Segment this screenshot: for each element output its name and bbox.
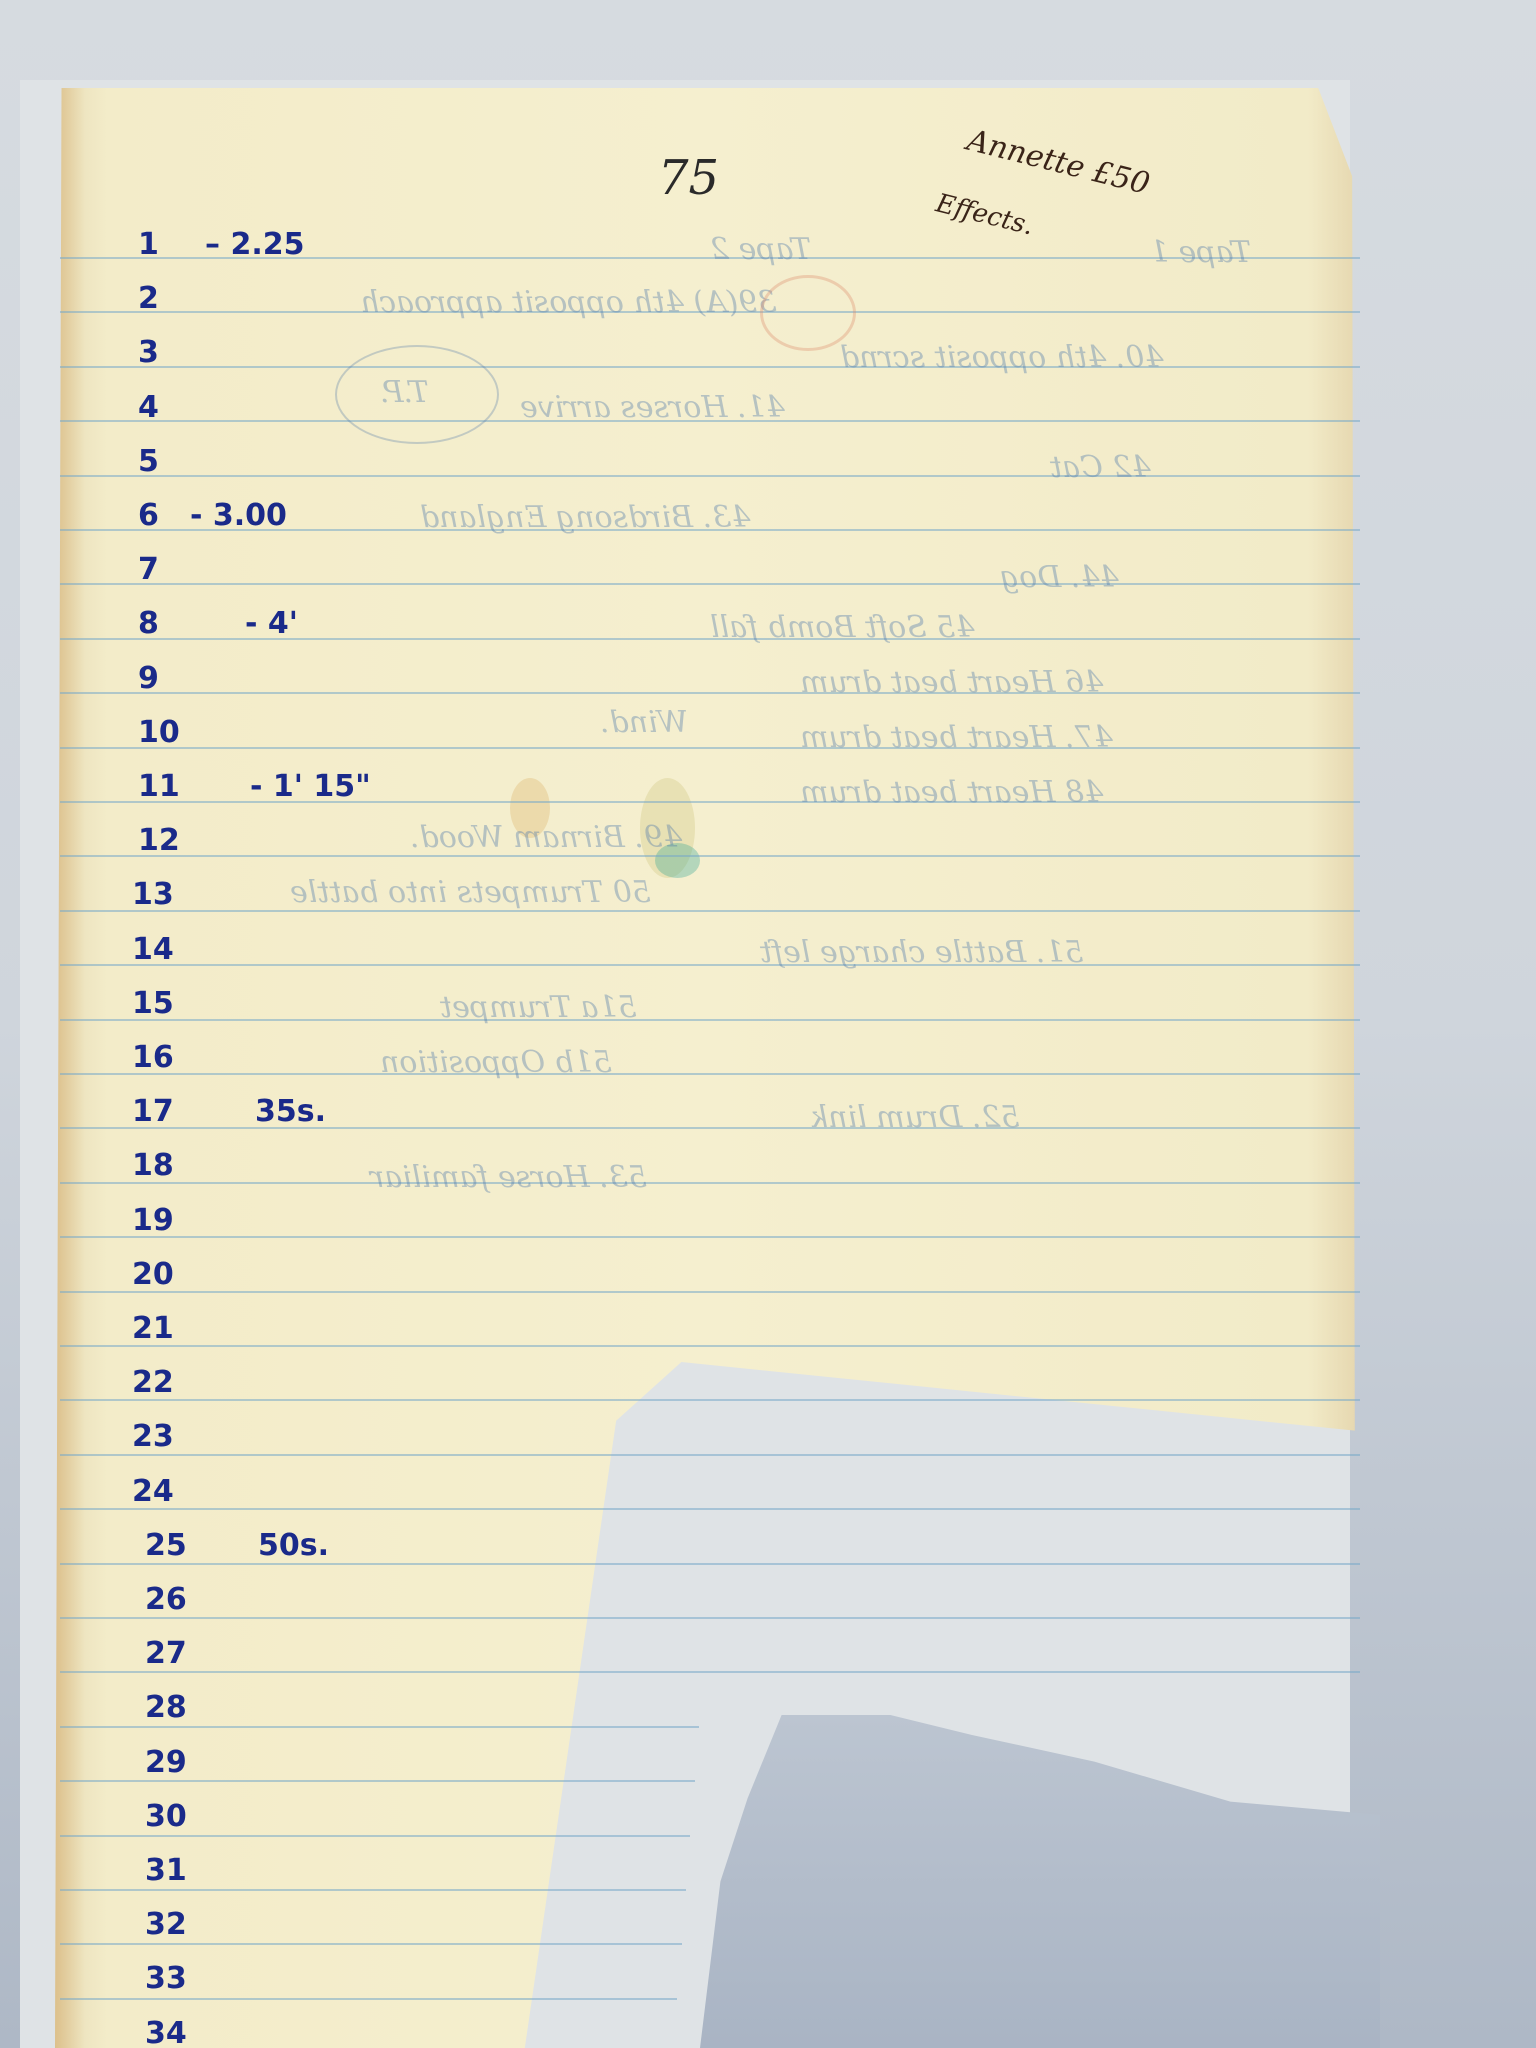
entry-number: 6 <box>138 501 159 531</box>
ruled-line <box>60 1291 1360 1293</box>
entry-value: 50s. <box>258 1531 329 1561</box>
show-through-line: 39(A) 4th opposit approach <box>360 285 777 320</box>
ruled-line <box>60 964 1360 966</box>
entry-number: 1 <box>138 230 159 260</box>
entry-number: 3 <box>138 338 159 368</box>
circled-annotation <box>335 345 499 444</box>
entry-number: 33 <box>145 1964 187 1994</box>
ruled-line <box>60 1671 1360 1673</box>
ruled-line <box>60 1019 1360 1021</box>
entry-number: 32 <box>145 1910 187 1940</box>
show-through-line: 51. Battle charge left <box>760 935 1084 970</box>
ruled-line <box>60 1943 682 1945</box>
entry-number: 15 <box>132 989 174 1019</box>
show-through-line: 52. Drum link <box>810 1100 1020 1135</box>
entry-number: 9 <box>138 664 159 694</box>
entry-number: 18 <box>132 1151 174 1181</box>
ruled-line <box>60 475 1360 477</box>
ruled-line <box>60 1563 1360 1565</box>
entry-number: 19 <box>132 1206 174 1236</box>
entry-number: 25 <box>145 1531 187 1561</box>
entry-number: 17 <box>132 1097 174 1127</box>
ruled-line <box>60 1454 1360 1456</box>
ruled-line <box>60 1399 1360 1401</box>
entry-number: 8 <box>138 609 159 639</box>
entry-number: 22 <box>132 1368 174 1398</box>
ruled-line <box>60 747 1360 749</box>
entry-number: 28 <box>145 1693 187 1723</box>
entry-number: 23 <box>132 1422 174 1452</box>
show-through-line: 53. Horse familiar <box>370 1160 647 1195</box>
ruled-line <box>60 1998 677 2000</box>
ruled-line <box>60 855 1360 857</box>
ruled-line <box>60 1835 690 1837</box>
entry-number: 16 <box>132 1043 174 1073</box>
entry-value: - 4' <box>245 609 298 639</box>
entry-number: 5 <box>138 447 159 477</box>
ruled-line <box>60 1345 1360 1347</box>
show-through-line: 40. 4th opposit scrnd <box>840 340 1163 375</box>
ruled-line <box>60 1508 1360 1510</box>
entry-number: 2 <box>138 284 159 314</box>
entry-number: 31 <box>145 1856 187 1886</box>
ruled-line <box>60 366 1360 368</box>
entry-value: – 2.25 <box>205 230 304 260</box>
ruled-line <box>60 1726 699 1728</box>
entry-number: 29 <box>145 1748 187 1778</box>
entry-value: 35s. <box>255 1097 326 1127</box>
show-through-line: Tape 2 <box>710 232 811 267</box>
ruled-line <box>60 1236 1360 1238</box>
show-through-line: Tape 1 <box>1150 235 1251 270</box>
ruled-line <box>60 1780 695 1782</box>
show-through-line: 41. Horses arrive <box>520 390 785 425</box>
entry-number: 21 <box>132 1314 174 1344</box>
entry-number: 10 <box>138 718 180 748</box>
ruled-line <box>60 583 1360 585</box>
entry-number: 24 <box>132 1477 174 1507</box>
show-through-line: 43. Birdsong England <box>420 500 750 535</box>
ruled-line <box>60 1073 1360 1075</box>
entry-value: - 1' 15" <box>250 772 371 802</box>
entry-number: 12 <box>138 826 180 856</box>
entry-number: 11 <box>138 772 180 802</box>
page-number: 75 <box>658 150 719 206</box>
entry-number: 27 <box>145 1639 187 1669</box>
entry-number: 30 <box>145 1802 187 1832</box>
ruled-line <box>60 1182 1360 1184</box>
ruled-line <box>60 1889 686 1891</box>
red-circle-mark <box>760 275 856 351</box>
show-through-line: 49. Birnam Wood. <box>410 820 682 855</box>
entry-number: 26 <box>145 1585 187 1615</box>
entry-number: 20 <box>132 1260 174 1290</box>
show-through-line: 44. Dog <box>1000 560 1119 595</box>
entry-number: 13 <box>132 880 174 910</box>
show-through-line: 42 Cat <box>1050 450 1151 485</box>
show-through-line: Wind. <box>600 705 688 740</box>
show-through-line: 46 Heart beat drum <box>800 665 1103 700</box>
ruled-line <box>60 1617 1360 1619</box>
entry-number: 4 <box>138 393 159 423</box>
ruled-line <box>60 910 1360 912</box>
entry-number: 34 <box>145 2019 187 2048</box>
show-through-line: 47. Heart beat drum <box>800 720 1113 755</box>
show-through-line: 45 Soft Bomb fall <box>710 610 975 645</box>
show-through-line: 51b Opposition <box>380 1045 612 1080</box>
show-through-line: 51a Trumpet <box>440 990 637 1025</box>
show-through-line: 50 Trumpets into battle <box>290 875 651 910</box>
show-through-line: 48 Heart beat drum <box>800 775 1103 810</box>
entry-value: - 3.00 <box>190 501 287 531</box>
ruled-line <box>60 692 1360 694</box>
entry-number: 7 <box>138 555 159 585</box>
entry-number: 14 <box>132 935 174 965</box>
